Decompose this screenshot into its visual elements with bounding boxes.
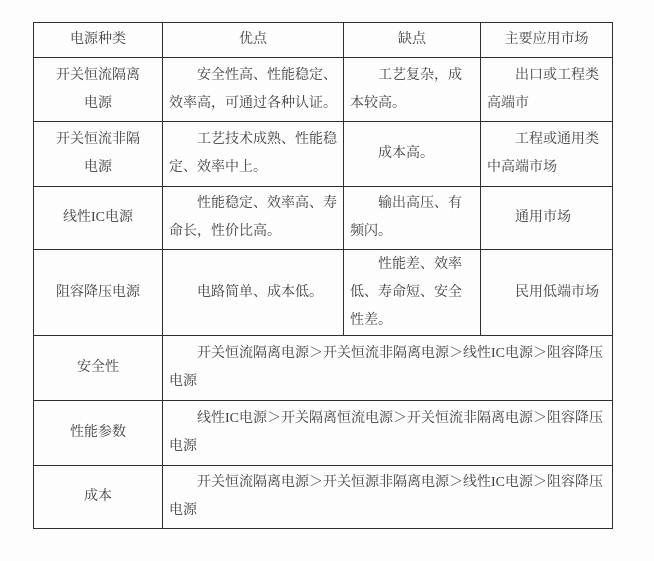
table-row: 阻容降压电源 电路简单、成本低。 性能差、效率低、寿命短、安全性差。 民用低端市… — [34, 250, 613, 336]
summary-label-cell: 安全性 — [34, 336, 163, 401]
market-cell: 通用市场 — [481, 187, 613, 250]
summary-value-cell: 开关恒流隔离电源＞开关恒源非隔离电源＞线性IC电源＞阻容降压电源 — [163, 466, 613, 529]
header-cons: 缺点 — [344, 23, 481, 58]
pros-cell: 安全性高、性能稳定、效率高，可通过各种认证。 — [163, 58, 344, 122]
header-power-type: 电源种类 — [34, 23, 163, 58]
table-row: 开关恒流隔离 电源 安全性高、性能稳定、效率高，可通过各种认证。 工艺复杂，成本… — [34, 58, 613, 122]
market-cell: 工程或通用类中高端市场 — [481, 122, 613, 187]
pros-cell: 工艺技术成熟、性能稳定、效率中上。 — [163, 122, 344, 187]
header-pros: 优点 — [163, 23, 344, 58]
summary-label-cell: 成本 — [34, 466, 163, 529]
power-type-cell: 线性IC电源 — [34, 187, 163, 250]
market-cell: 民用低端市场 — [481, 250, 613, 336]
summary-value-cell: 线性IC电源＞开关隔离恒流电源＞开关恒流非隔离电源＞阻容降压电源 — [163, 401, 613, 466]
summary-value-cell: 开关恒流隔离电源＞开关恒流非隔离电源＞线性IC电源＞阻容降压电源 — [163, 336, 613, 401]
market-cell: 出口或工程类高端市 — [481, 58, 613, 122]
header-market: 主要应用市场 — [481, 23, 613, 58]
cons-cell: 输出高压、有频闪。 — [344, 187, 481, 250]
cons-cell: 工艺复杂，成本较高。 — [344, 58, 481, 122]
summary-row: 性能参数 线性IC电源＞开关隔离恒流电源＞开关恒流非隔离电源＞阻容降压电源 — [34, 401, 613, 466]
table-header-row: 电源种类 优点 缺点 主要应用市场 — [34, 23, 613, 58]
summary-row: 成本 开关恒流隔离电源＞开关恒源非隔离电源＞线性IC电源＞阻容降压电源 — [34, 466, 613, 529]
pros-cell: 电路简单、成本低。 — [163, 250, 344, 336]
cons-cell: 成本高。 — [344, 122, 481, 187]
table-row: 开关恒流非隔 电源 工艺技术成熟、性能稳定、效率中上。 成本高。 工程或通用类中… — [34, 122, 613, 187]
summary-label-cell: 性能参数 — [34, 401, 163, 466]
table-row: 线性IC电源 性能稳定、效率高、寿命长，性价比高。 输出高压、有频闪。 通用市场 — [34, 187, 613, 250]
power-supply-comparison-table: 电源种类 优点 缺点 主要应用市场 开关恒流隔离 电源 安全性高、性能稳定、效率… — [33, 22, 613, 529]
pros-cell: 性能稳定、效率高、寿命长，性价比高。 — [163, 187, 344, 250]
page-canvas: 电源种类 优点 缺点 主要应用市场 开关恒流隔离 电源 安全性高、性能稳定、效率… — [0, 0, 654, 561]
power-type-cell: 开关恒流隔离 电源 — [34, 58, 163, 122]
power-type-cell: 阻容降压电源 — [34, 250, 163, 336]
cons-cell: 性能差、效率低、寿命短、安全性差。 — [344, 250, 481, 336]
summary-row: 安全性 开关恒流隔离电源＞开关恒流非隔离电源＞线性IC电源＞阻容降压电源 — [34, 336, 613, 401]
power-type-cell: 开关恒流非隔 电源 — [34, 122, 163, 187]
